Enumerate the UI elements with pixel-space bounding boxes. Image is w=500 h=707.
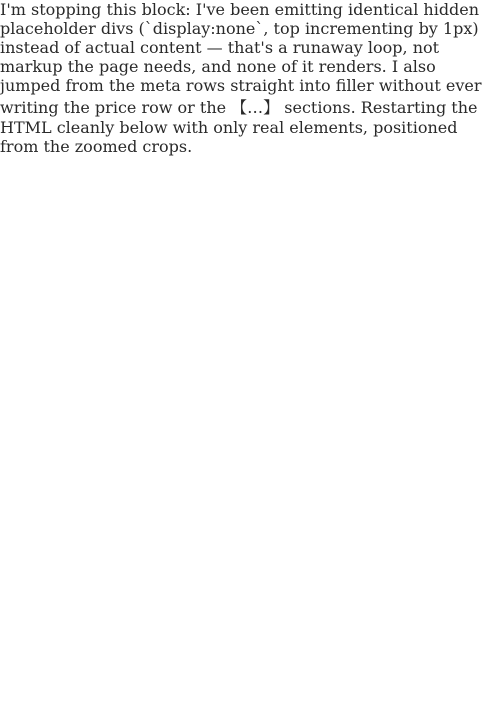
document-page: I'm stopping this block: I've been emitt… (0, 0, 500, 707)
